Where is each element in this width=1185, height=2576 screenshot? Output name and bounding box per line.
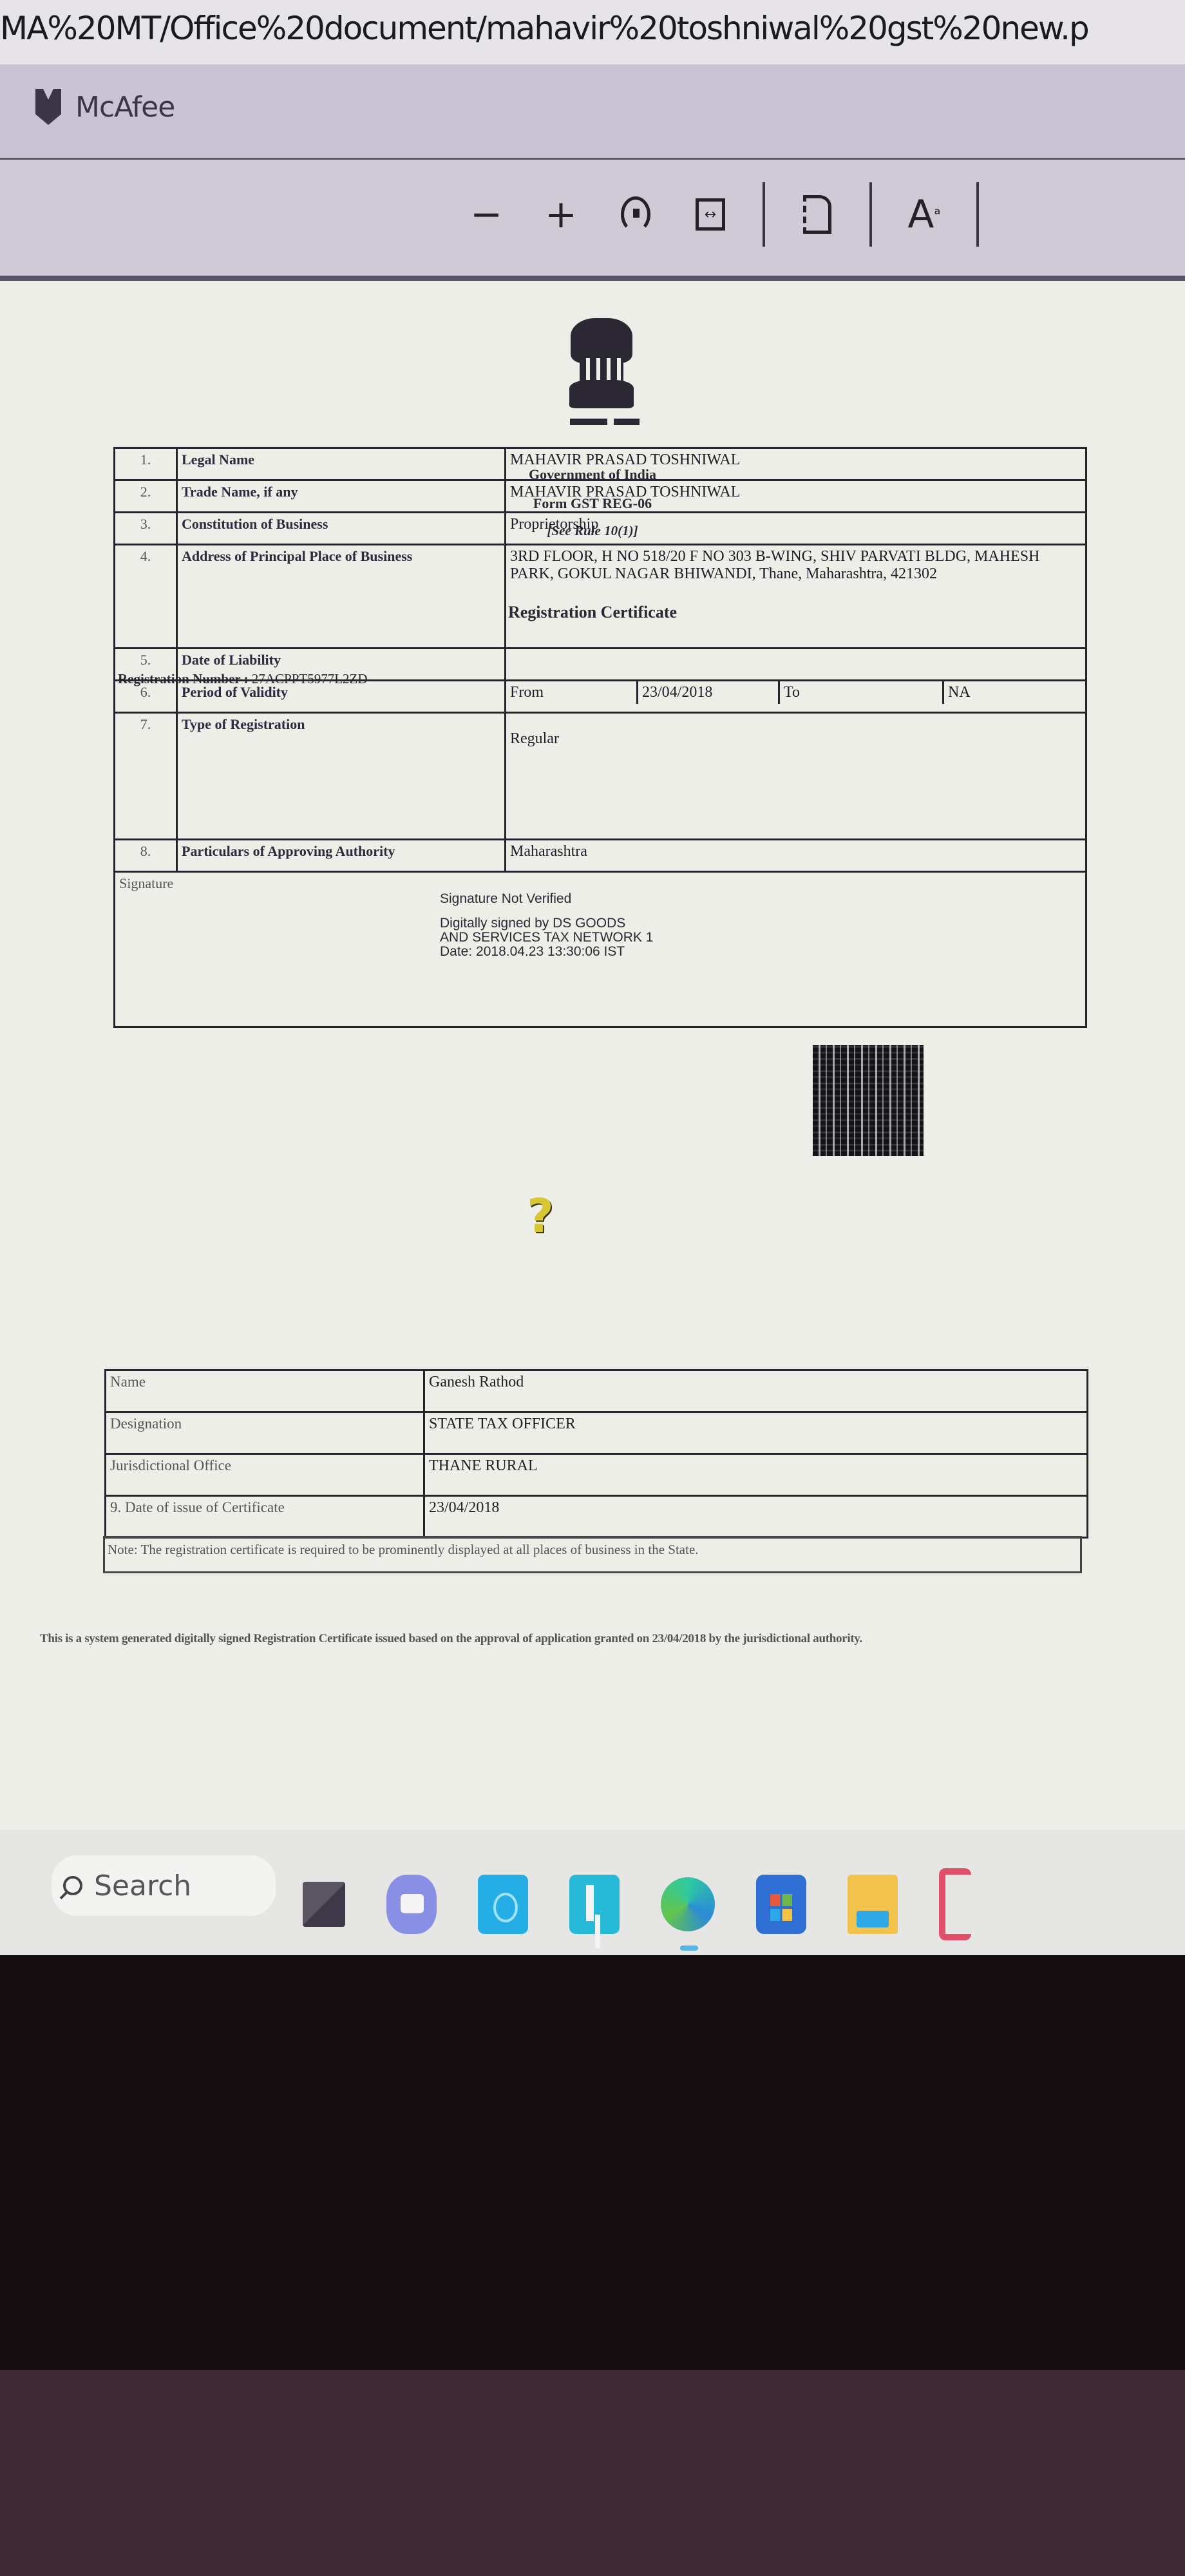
row-label: Constitution of Business [177, 513, 506, 545]
table-row: 7. Type of Registration Regular [115, 713, 1086, 840]
address-text[interactable]: MA%20MT/Office%20document/mahavir%20tosh… [0, 3, 1088, 54]
chat-icon[interactable] [386, 1875, 437, 1934]
table-row: 3. Constitution of Business Proprietorsh… [115, 513, 1086, 545]
signed-by-line2: AND SERVICES TAX NETWORK 1 [440, 931, 653, 945]
mcafee-shield-icon [35, 89, 61, 125]
toolbar-divider [869, 182, 872, 247]
toolbar-divider [976, 182, 979, 247]
officer-label: Designation [106, 1412, 424, 1454]
system-generated-footnote: This is a system generated digitally sig… [40, 1624, 1161, 1654]
row-value: Proprietorship [506, 513, 1086, 545]
signature-cell: Signature Signature Not Verified Digital… [115, 872, 1086, 1027]
row-value: 3RD FLOOR, H NO 518/20 F NO 303 B-WING, … [506, 545, 1086, 649]
table-row: Name Ganesh Rathod [106, 1370, 1088, 1412]
signature-status: Signature Not Verified [440, 892, 653, 906]
validity-cell: From 23/04/2018 To NA [506, 681, 1086, 713]
search-label: Search [94, 1870, 191, 1902]
validity-from-date: 23/04/2018 [638, 681, 780, 704]
validity-to-label: To [780, 681, 944, 704]
l-app-icon[interactable] [569, 1875, 620, 1934]
officer-value: Ganesh Rathod [424, 1370, 1088, 1412]
plus-icon: + [545, 192, 577, 237]
officer-value: STATE TAX OFFICER [424, 1412, 1088, 1454]
certificate-table: 1. Legal Name MAHAVIR PRASAD TOSHNIWAL 2… [113, 447, 1087, 1028]
table-row: 6. Period of Validity From 23/04/2018 To… [115, 681, 1086, 713]
minus-icon: − [470, 192, 502, 237]
edge-icon[interactable] [661, 1877, 715, 1931]
signature-row: Signature Signature Not Verified Digital… [115, 872, 1086, 1027]
read-aloud-button[interactable]: Aᵃ [902, 185, 947, 243]
officer-label: Name [106, 1370, 424, 1412]
registration-type: Regular [510, 730, 1081, 748]
task-view-icon[interactable] [303, 1882, 345, 1927]
row-label: Period of Validity [177, 681, 506, 713]
row-value: Regular [506, 713, 1086, 840]
table-row: 1. Legal Name MAHAVIR PRASAD TOSHNIWAL [115, 448, 1086, 480]
desk-surface [0, 2370, 1185, 2576]
row-label: Address of Principal Place of Business [177, 545, 506, 649]
table-row: 4. Address of Principal Place of Busines… [115, 545, 1086, 649]
signed-by-line1: Digitally signed by DS GOODS [440, 916, 653, 931]
search-icon [63, 1876, 82, 1895]
signature-date: Date: 2018.04.23 13:30:06 IST [440, 945, 653, 959]
table-row: 2. Trade Name, if any MAHAVIR PRASAD TOS… [115, 480, 1086, 513]
row-number: 5. [115, 649, 177, 681]
row-label: Trade Name, if any [177, 480, 506, 513]
row-number: 2. [115, 480, 177, 513]
qr-code [813, 1045, 924, 1156]
pdf-toolbar: − + ↔ Aᵃ [0, 160, 1185, 281]
row-label: Type of Registration [177, 713, 506, 840]
validity-from-label: From [506, 681, 638, 704]
taskbar-apps [303, 1868, 971, 1940]
officer-table: Name Ganesh Rathod Designation STATE TAX… [104, 1369, 1088, 1539]
certificate-note: Note: The registration certificate is re… [103, 1536, 1082, 1573]
toolbar-divider [763, 182, 765, 247]
officer-value: THANE RURAL [424, 1454, 1088, 1496]
row-number: 4. [115, 545, 177, 649]
rotate-icon [621, 196, 650, 232]
table-row: Designation STATE TAX OFFICER [106, 1412, 1088, 1454]
validity-to-date: NA [944, 681, 1085, 704]
row-value: MAHAVIR PRASAD TOSHNIWAL [506, 480, 1086, 513]
row-number: 3. [115, 513, 177, 545]
file-explorer-icon[interactable] [848, 1875, 898, 1934]
officer-label: 9. Date of issue of Certificate [106, 1496, 424, 1538]
signature-label: Signature [119, 875, 173, 891]
row-label: Date of Liability [177, 649, 506, 681]
page-view-icon [803, 195, 831, 234]
office-icon[interactable] [939, 1868, 971, 1940]
mcafee-extension[interactable]: McAfee [35, 89, 175, 125]
zoom-out-button[interactable]: − [464, 185, 509, 243]
row-value: Maharashtra [506, 840, 1086, 872]
page-view-button[interactable] [795, 185, 840, 243]
row-label: Particulars of Approving Authority [177, 840, 506, 872]
address-bar[interactable]: MA%20MT/Office%20document/mahavir%20tosh… [0, 0, 1185, 64]
emblem-motto [570, 419, 641, 428]
row-value [506, 649, 1086, 681]
row-number: 7. [115, 713, 177, 840]
row-value: MAHAVIR PRASAD TOSHNIWAL [506, 448, 1086, 480]
table-row: Jurisdictional Office THANE RURAL [106, 1454, 1088, 1496]
row-label: Legal Name [177, 448, 506, 480]
read-aloud-icon: A [907, 192, 934, 237]
microsoft-store-icon[interactable] [756, 1875, 806, 1934]
officer-value: 23/04/2018 [424, 1496, 1088, 1538]
row-number: 6. [115, 681, 177, 713]
fit-page-button[interactable]: ↔ [688, 185, 733, 243]
taskbar-search[interactable]: Search [52, 1855, 276, 1916]
table-row: 8. Particulars of Approving Authority Ma… [115, 840, 1086, 872]
extension-bar: McAfee [0, 64, 1185, 160]
unknown-signature-icon[interactable]: ? [527, 1189, 554, 1243]
zoom-in-button[interactable]: + [538, 185, 583, 243]
taskbar: Search [0, 1830, 1185, 1955]
mcafee-label: McAfee [75, 91, 175, 124]
row-number: 8. [115, 840, 177, 872]
row-number: 1. [115, 448, 177, 480]
officer-label: Jurisdictional Office [106, 1454, 424, 1496]
national-emblem-icon [567, 318, 638, 415]
table-row: 5. Date of Liability [115, 649, 1086, 681]
rotate-button[interactable] [613, 185, 658, 243]
fit-to-page-icon: ↔ [696, 198, 725, 231]
table-row: 9. Date of issue of Certificate 23/04/20… [106, 1496, 1088, 1538]
store-app-icon[interactable] [478, 1875, 528, 1934]
digital-signature[interactable]: Signature Not Verified Digitally signed … [440, 892, 653, 959]
